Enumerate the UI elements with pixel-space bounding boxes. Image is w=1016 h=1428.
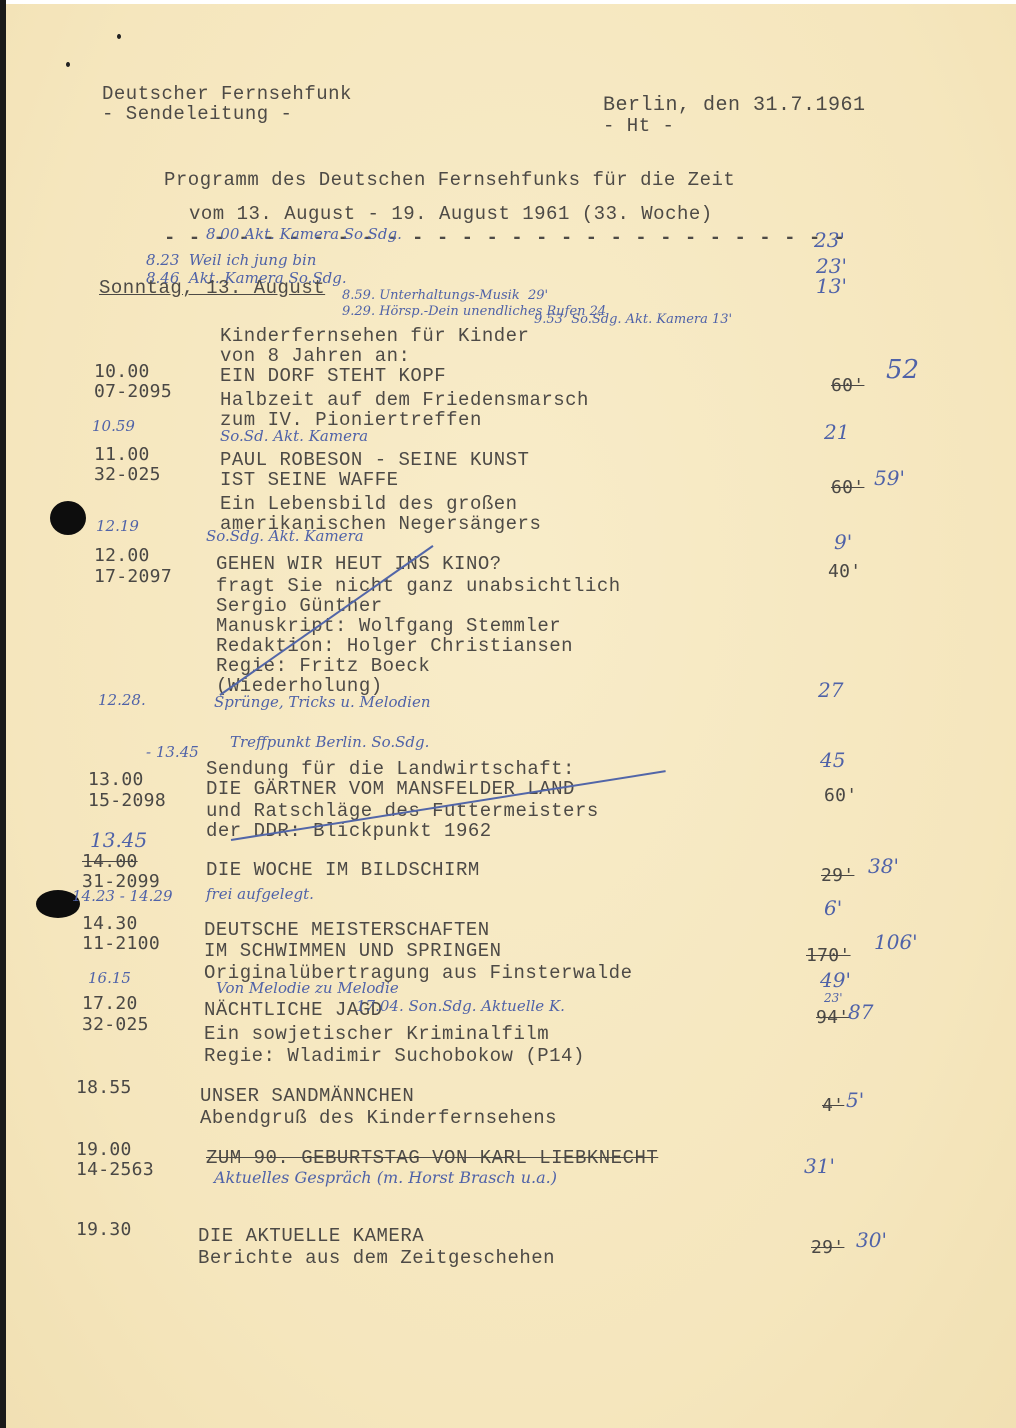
program-title: EIN DORF STEHT KOPF [220,366,446,386]
duration-typed: 29' [811,1238,844,1258]
duration-handwritten: 38' [868,858,899,874]
org-name: Deutscher Fernsehfunk [102,84,352,104]
program-code: 15-2098 [88,791,166,811]
program-line: Regie: Wladimir Suchobokow (P14) [204,1046,585,1066]
program-line: Ein sowjetischer Kriminalfilm [204,1024,549,1044]
note-0: 8.00 Akt. Kamera So.Sdg. [206,226,402,242]
program-title: UNSER SANDMÄNNCHEN [200,1086,414,1106]
program-time: 19.00 [76,1140,132,1160]
document-page: Deutscher Fernsehfunk - Sendeleitung - B… [6,4,1016,1428]
note-0-duration: 23' [814,232,845,248]
program-code: 17-2097 [94,567,172,587]
program-title: DEUTSCHE MEISTERSCHAFTEN [204,920,490,940]
org-department: - Sendeleitung - [102,104,292,124]
note-text: Treffpunkt Berlin. So.Sdg. [230,734,429,750]
duration-typed: 94' [816,1008,849,1028]
duration-handwritten: 31' [804,1158,835,1174]
author-initials: - Ht - [603,116,674,136]
day-heading: Sonntag, 13. August [99,278,325,298]
duration-handwritten: 5' [846,1092,864,1108]
program-line: Abendgruß des Kinderfernsehens [200,1108,557,1128]
replacement-note: Aktuelles Gespräch (m. Horst Brasch u.a.… [214,1170,557,1186]
duration-typed: 29' [821,866,854,886]
duration-typed: 170' [806,946,851,966]
note-1-duration: 23' [816,258,847,274]
inline-note: 17.04. Son.Sdg. Aktuelle K. [356,998,565,1014]
program-title: IST SEINE WAFFE [220,470,399,490]
program-title: PAUL ROBESON - SEINE KUNST [220,450,529,470]
note-text: So.Sdg. Akt. Kamera [206,528,364,544]
note-duration: 45 [820,752,845,768]
program-time: 14.30 [82,914,138,934]
speck [66,62,70,67]
duration-handwritten: 52 [886,362,919,378]
document-title: Programm des Deutschen Fernsehfunks für … [164,170,735,190]
program-line: Ein Lebensbild des großen [220,494,518,514]
note-1: 8.23 Weil ich jung bin [146,252,316,268]
program-time: 17.20 [82,994,138,1014]
program-time: 14.00 [82,852,138,872]
note-text: frei aufgelegt. [206,886,314,902]
note-duration: 9' [834,534,852,550]
program-title: DIE GÄRTNER VOM MANSFELDER LAND [206,779,575,799]
duration-handwritten: 30' [856,1232,887,1248]
note-time: 16.15 [88,970,131,986]
program-time: 12.00 [94,546,150,566]
program-line: Berichte aus dem Zeitgeschehen [198,1248,555,1268]
note-duration: 27 [818,682,843,698]
note-5: 9.53 So.Sdg. Akt. Kamera 13' [534,312,732,328]
program-line: Manuskript: Wolfgang Stemmler [216,616,561,636]
program-code: 32-025 [82,1015,149,1035]
program-line: fragt Sie nicht ganz unabsichtlich [216,576,621,596]
program-code: 32-025 [94,465,161,485]
program-title: GEHEN WIR HEUT INS KINO? [216,554,502,574]
note-time: 14.23 - 14.29 [72,888,173,904]
duration-typed: 60' [824,786,857,806]
punch-hole [50,501,86,535]
program-time: 19.30 [76,1220,132,1240]
program-line: Redaktion: Holger Christiansen [216,636,573,656]
document-subtitle: vom 13. August - 19. August 1961 (33. Wo… [189,204,713,224]
note-2-duration: 13' [816,278,847,294]
program-code: 11-2100 [82,934,160,954]
program-time: 10.00 [94,362,150,382]
note-time: 12.19 [96,518,139,534]
program-time: 13.00 [88,770,144,790]
program-time: 11.00 [94,445,150,465]
note-duration: 49' [820,972,851,988]
program-code: 14-2563 [76,1160,154,1180]
note-text: Von Melodie zu Melodie [216,980,399,996]
program-line: von 8 Jahren an: [220,346,410,366]
program-code: 07-2095 [94,382,172,402]
note-time: 12.28. [98,692,146,708]
program-line: Kinderfernsehen für Kinder [220,326,529,346]
note-duration: 21 [824,424,849,440]
duration-handwritten: 59' [874,470,905,486]
duration-small: 23' [824,990,843,1006]
note-time: 10.59 [92,418,135,434]
program-title: IM SCHWIMMEN UND SPRINGEN [204,941,502,961]
place-date: Berlin, den 31.7.1961 [603,96,866,116]
speck [117,34,121,39]
note-3: 8.59. Unterhaltungs-Musik 29' [342,288,548,304]
time-handwritten: 13.45 [90,832,147,848]
note-duration: 6' [824,900,842,916]
program-time: 18.55 [76,1078,132,1098]
note-text: Sprünge, Tricks u. Melodien [214,694,431,710]
program-title: DIE AKTUELLE KAMERA [198,1226,424,1246]
duration-typed: 60' [831,478,864,498]
program-title: DIE WOCHE IM BILDSCHIRM [206,860,480,880]
note-text: So.Sd. Akt. Kamera [220,428,368,444]
program-title-struck: ZUM 90. GEBURTSTAG VON KARL LIEBKNECHT [206,1148,658,1168]
duration-typed: 4' [822,1096,844,1116]
duration-typed: 40' [828,562,861,582]
duration-handwritten: 106' [874,934,918,950]
duration-handwritten: 87 [848,1004,873,1020]
duration-typed: 60' [831,376,864,396]
note-time: - 13.45 [146,744,199,760]
program-line: Sendung für die Landwirtschaft: [206,759,575,779]
program-line: Halbzeit auf dem Friedensmarsch [220,390,589,410]
